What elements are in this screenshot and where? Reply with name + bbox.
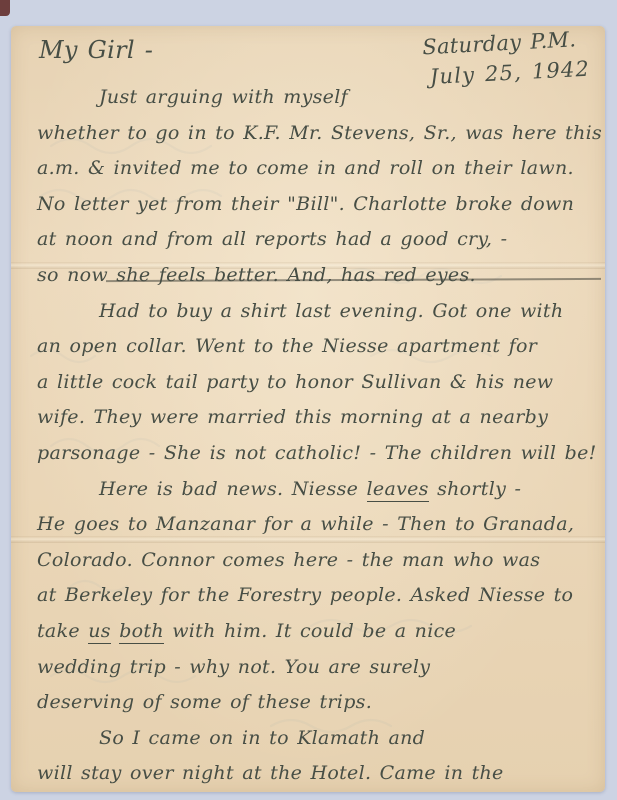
letter-line: so now she feels better. And, has red ey… xyxy=(37,258,593,294)
letter-line: Had to buy a shirt last evening. Got one… xyxy=(37,294,593,330)
letter-line: wife. They were married this morning at … xyxy=(37,400,593,436)
line-text: so now she feels better. And, has red ey… xyxy=(37,264,476,286)
line-text: a little cock tail party to honor Sulliv… xyxy=(37,371,553,393)
letter-line: at Berkeley for the Forestry people. Ask… xyxy=(37,578,593,614)
letter-line: He goes to Manzanar for a while - Then t… xyxy=(37,507,593,543)
line-text xyxy=(111,620,119,642)
line-text: whether to go in to K.F. Mr. Stevens, Sr… xyxy=(37,122,602,144)
letter-paper: Saturday P.M. July 25, 1942 My Girl - Ju… xyxy=(11,26,605,792)
letter-line: take us both with him. It could be a nic… xyxy=(37,614,593,650)
line-text: a.m. & invited me to come in and roll on… xyxy=(37,157,574,179)
line-text: He goes to Manzanar for a while - Then t… xyxy=(37,513,574,535)
line-text: take xyxy=(37,620,88,642)
letter-body: Just arguing with myselfwhether to go in… xyxy=(37,80,593,788)
letter-line: an open collar. Went to the Niesse apart… xyxy=(37,329,593,365)
letter-line: a.m. & invited me to come in and roll on… xyxy=(37,151,593,187)
line-text: deserving of some of these trips. xyxy=(37,691,372,713)
letter-line: Just arguing with myself xyxy=(37,80,593,116)
letter-line: parsonage - She is not catholic! - The c… xyxy=(37,436,593,472)
line-text: Just arguing with myself xyxy=(99,86,348,108)
letter-line: whether to go in to K.F. Mr. Stevens, Sr… xyxy=(37,116,593,152)
letter-line: at noon and from all reports had a good … xyxy=(37,222,593,258)
letter-line: wedding trip - why not. You are surely xyxy=(37,650,593,686)
line-text: at noon and from all reports had a good … xyxy=(37,228,507,250)
letter-line: will stay over night at the Hotel. Came … xyxy=(37,756,593,792)
salutation: My Girl - xyxy=(39,36,153,64)
letter-line: deserving of some of these trips. xyxy=(37,685,593,721)
line-text: Here is bad news. Niesse xyxy=(99,478,367,500)
letter-line: Here is bad news. Niesse leaves shortly … xyxy=(37,472,593,508)
scan-corner-mark xyxy=(0,0,10,16)
letter-line: No letter yet from their "Bill". Charlot… xyxy=(37,187,593,223)
letter-line: Colorado. Connor comes here - the man wh… xyxy=(37,543,593,579)
line-text: an open collar. Went to the Niesse apart… xyxy=(37,335,537,357)
line-text: No letter yet from their "Bill". Charlot… xyxy=(37,193,574,215)
line-text: So I came on in to Klamath and xyxy=(99,727,425,749)
line-text: parsonage - She is not catholic! - The c… xyxy=(37,442,597,464)
line-text: Colorado. Connor comes here - the man wh… xyxy=(37,549,540,571)
line-text: wife. They were married this morning at … xyxy=(37,406,548,428)
underlined-word: both xyxy=(119,620,164,644)
line-text: Had to buy a shirt last evening. Got one… xyxy=(99,300,563,322)
line-text: shortly - xyxy=(429,478,521,500)
line-text: will stay over night at the Hotel. Came … xyxy=(37,762,504,784)
letter-line: a little cock tail party to honor Sulliv… xyxy=(37,365,593,401)
line-text: with him. It could be a nice xyxy=(164,620,456,642)
scanned-letter-page: { "document": { "kind": "handwritten-let… xyxy=(0,0,617,800)
letter-line: So I came on in to Klamath and xyxy=(37,721,593,757)
line-text: wedding trip - why not. You are surely xyxy=(37,656,430,678)
underlined-word: us xyxy=(88,620,111,644)
underlined-word: leaves xyxy=(367,478,429,502)
line-text: at Berkeley for the Forestry people. Ask… xyxy=(37,584,573,606)
